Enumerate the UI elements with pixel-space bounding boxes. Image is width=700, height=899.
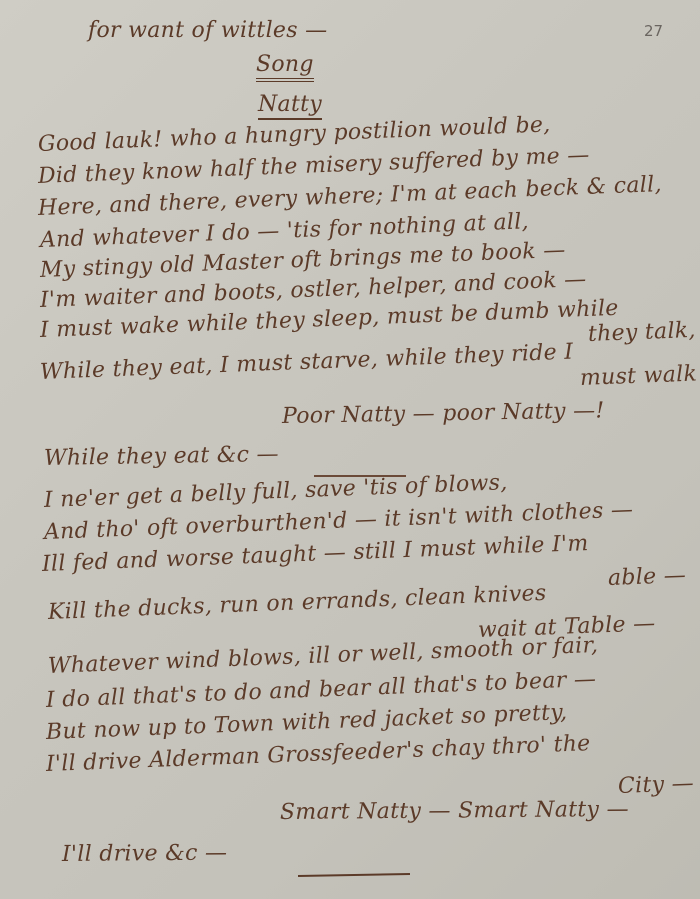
intro-line: for want of wittles — — [88, 18, 327, 43]
verse-line: While they eat, I must starve, while the… — [40, 340, 574, 385]
chorus-reference: I'll drive &c — — [62, 841, 227, 867]
refrain-line: Poor Natty — poor Natty —! — [282, 398, 605, 429]
refrain-line: Smart Natty — Smart Natty — — [280, 797, 629, 825]
verse-line: must walk — [580, 362, 698, 391]
verse-line: City — — [618, 771, 695, 799]
end-rule — [298, 873, 410, 877]
song-heading: Song — [256, 52, 314, 82]
chorus-reference: While they eat &c — — [44, 442, 279, 471]
speaker-name: Natty — [258, 92, 322, 120]
verse-line: able — — [608, 563, 687, 591]
page-number: 27 — [644, 22, 663, 40]
manuscript-page: 27 for want of wittles — Song Natty Good… — [0, 0, 700, 899]
verse-line: they talk, — [588, 318, 697, 347]
verse-line: Kill the ducks, run on errands, clean kn… — [48, 581, 547, 625]
